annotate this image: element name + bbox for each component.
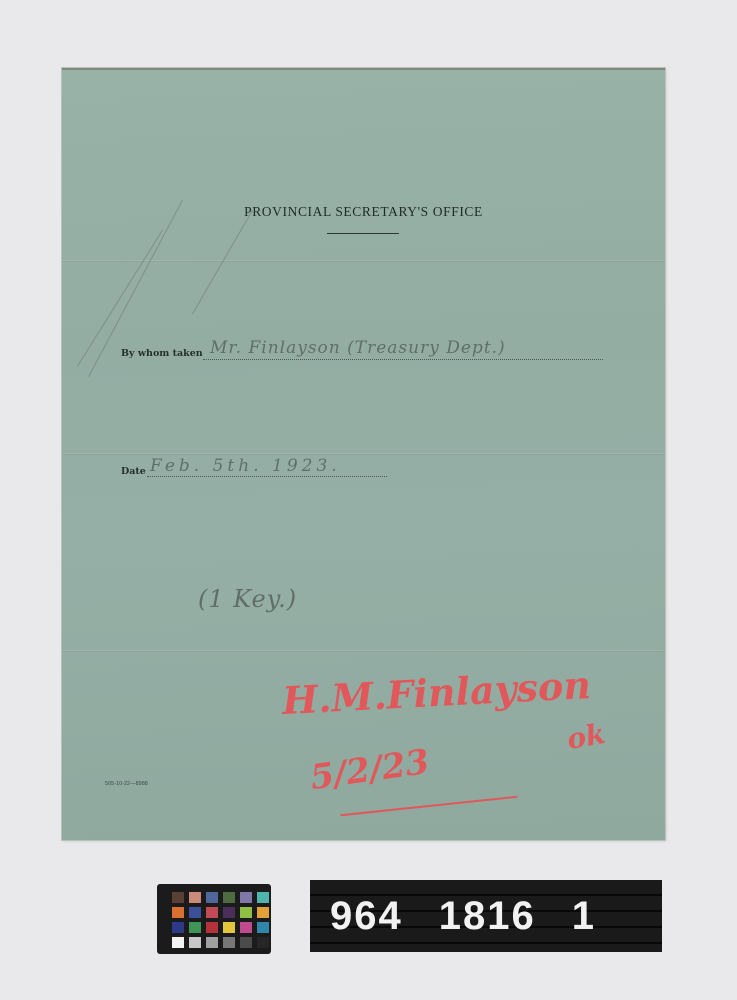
color-patch [223, 937, 235, 948]
catalog-part-2: 1816 [439, 894, 536, 939]
red-initials: ok [564, 717, 607, 756]
color-patch [172, 907, 184, 918]
archival-document: PROVINCIAL SECRETARY'S OFFICE By whom ta… [62, 68, 665, 840]
color-calibration-card [157, 884, 271, 954]
heading-rule [327, 233, 399, 234]
color-patch [223, 892, 235, 903]
by-whom-taken-line [203, 359, 603, 360]
red-date: 5/2/23 [308, 742, 432, 798]
color-patch [257, 907, 269, 918]
date-label: Date [121, 466, 146, 477]
fold-line [62, 260, 665, 262]
red-underline [340, 796, 517, 817]
color-patch [206, 922, 218, 933]
color-patch [172, 922, 184, 933]
date-line [147, 476, 387, 477]
color-patch [206, 907, 218, 918]
document-heading: PROVINCIAL SECRETARY'S OFFICE [62, 204, 665, 220]
pencil-mark [77, 230, 163, 366]
color-patch [189, 937, 201, 948]
key-note: (1 Key.) [198, 585, 297, 613]
color-patch [189, 922, 201, 933]
color-patch [223, 922, 235, 933]
color-patch [172, 937, 184, 948]
by-whom-taken-label: By whom taken [121, 348, 203, 359]
fold-line [62, 453, 665, 455]
color-patch [206, 892, 218, 903]
red-signature: H.M.Finlayson [281, 662, 592, 723]
color-patch [240, 907, 252, 918]
color-patch [257, 922, 269, 933]
color-patch [240, 892, 252, 903]
form-number: 505-10-22—8988 [105, 781, 148, 787]
color-patch [206, 937, 218, 948]
color-patch [240, 922, 252, 933]
color-patch [189, 892, 201, 903]
catalog-part-1: 964 [330, 894, 403, 939]
color-patch [240, 937, 252, 948]
color-patch [257, 937, 269, 948]
color-patch [189, 907, 201, 918]
catalog-number-strip: 964 1816 1 [310, 880, 662, 952]
color-patch [257, 892, 269, 903]
by-whom-taken-value: Mr. Finlayson (Treasury Dept.) [210, 338, 506, 358]
date-value: Feb. 5th. 1923. [150, 456, 341, 476]
fold-line [62, 650, 665, 652]
catalog-part-3: 1 [572, 894, 596, 939]
pencil-mark [192, 210, 253, 314]
color-patch [223, 907, 235, 918]
color-patch [172, 892, 184, 903]
